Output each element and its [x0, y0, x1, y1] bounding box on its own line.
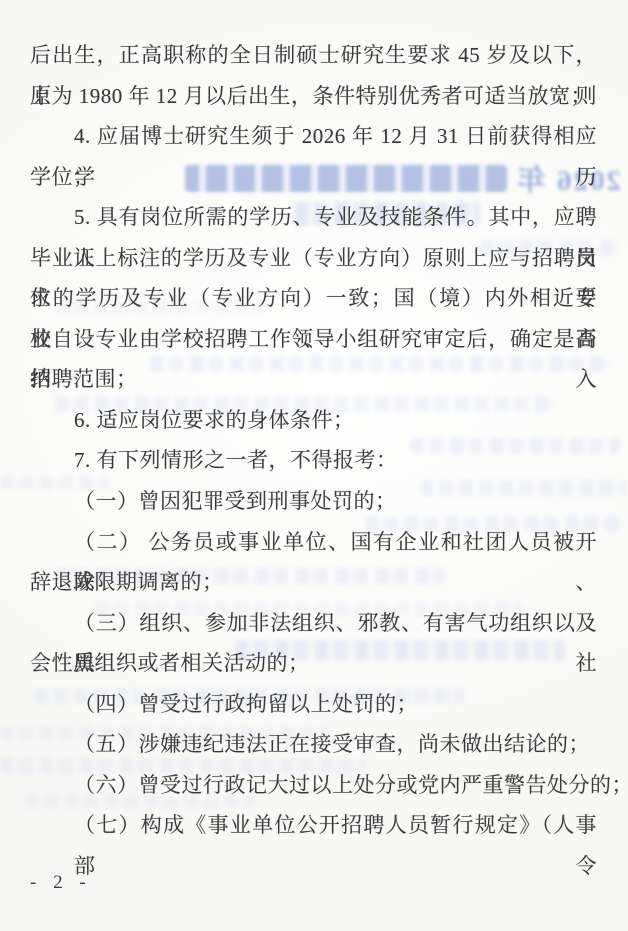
document-line: 毕业证上标注的学历及专业（专业方向）原则上应与招聘岗位要 — [30, 238, 597, 279]
document-line: （一）曾因犯罪受到刑事处罚的； — [30, 481, 597, 522]
document-line: （四）曾受过行政拘留以上处罚的； — [30, 684, 597, 725]
document-line: 6. 适应岗位要求的身体条件； — [30, 400, 597, 441]
scanned-document-page: 2026 年 后出生，正高职称的全日制硕士研究生要求 45 岁及以下，原则上为 … — [0, 0, 628, 931]
document-line: 5. 具有岗位所需的学历、专业及技能条件。其中，应聘人员 — [30, 197, 597, 238]
document-line: （六）曾受过行政记大过以上处分或党内严重警告处分的； — [30, 765, 597, 806]
document-line: 后出生，正高职称的全日制硕士研究生要求 45 岁及以下，原则 — [30, 35, 597, 76]
document-line: （二） 公务员或事业单位、国有企业和社团人员被开除、 — [30, 522, 597, 563]
document-lines: 后出生，正高职称的全日制硕士研究生要求 45 岁及以下，原则上为 1980 年 … — [30, 35, 597, 846]
document-line: 4. 应届博士研究生须于 2026 年 12 月 31 日前获得相应学历 — [30, 116, 597, 157]
document-line: （三）组织、参加非法组织、邪教、有害气功组织以及黑社 — [30, 603, 597, 644]
page-number: - 2 - — [30, 872, 92, 894]
document-line: 上为 1980 年 12 月以后出生，条件特别优秀者可适当放宽； — [30, 76, 597, 117]
document-line: （五）涉嫌违纪违法正在接受审查，尚未做出结论的； — [30, 724, 597, 765]
document-line: 7. 有下列情形之一者，不得报考： — [30, 440, 597, 481]
document-line: 求的学历及专业（专业方向）一致；国（境）内外相近专业、高 — [30, 278, 597, 319]
document-line: （七）构成《事业单位公开招聘人员暂行规定》（人事部令 — [30, 805, 597, 846]
document-line: 校自设专业由学校招聘工作领导小组研究审定后，确定是否纳入 — [30, 319, 597, 360]
